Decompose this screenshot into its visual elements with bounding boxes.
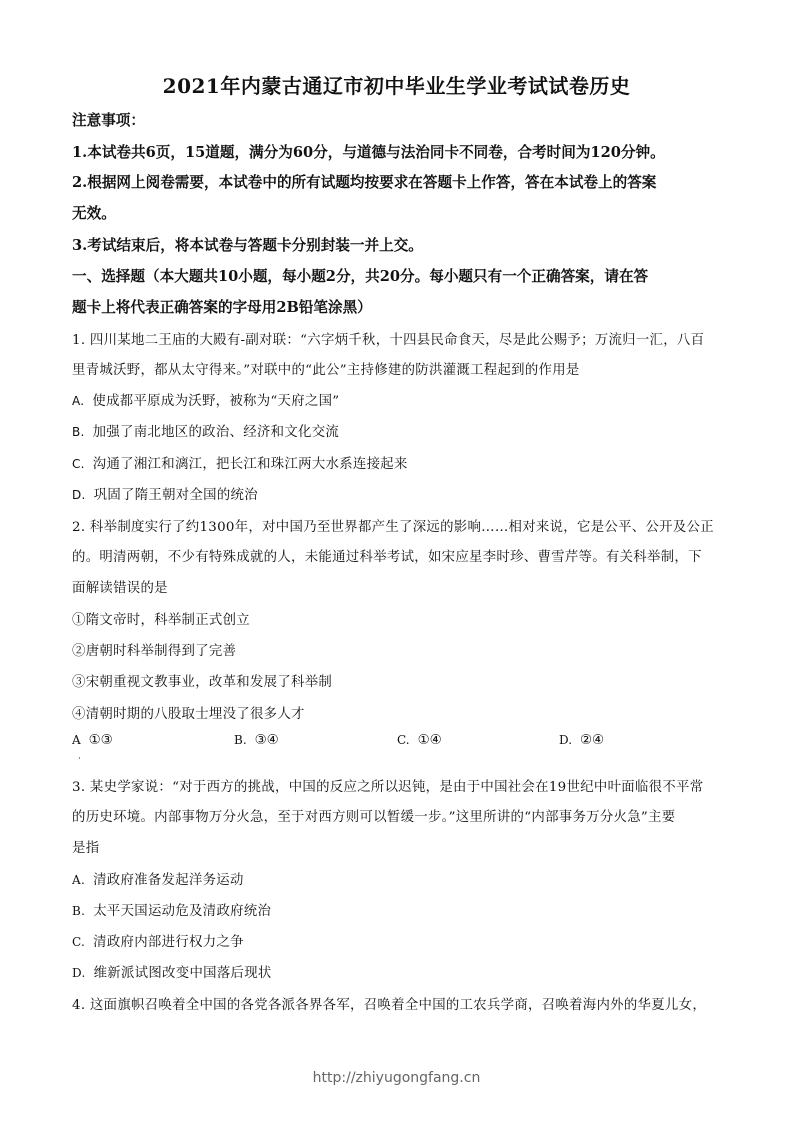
option-text: ②④ <box>580 733 604 748</box>
question-3-line3: 是指 <box>72 837 99 856</box>
question-1-option-a: A.使成都平原成为沃野，被称为“天府之国” <box>72 390 339 409</box>
question-2-statement-1: ①隋文帝时，科举制正式创立 <box>72 609 250 628</box>
question-2-line2: 的。明清两朝，不少有特殊成就的人，未能通过科举考试，如宋应星李时珍、曹雪芹等。有… <box>72 546 702 565</box>
option-text: 加强了南北地区的政治、经济和文化交流 <box>93 425 339 440</box>
question-3-option-c: C.清政府内部进行权力之争 <box>72 931 244 950</box>
option-label: C. <box>72 457 85 471</box>
option-text: ③④ <box>255 733 279 748</box>
notice-item-3: 3.考试结束后，将本试卷与答题卡分别封装一并上交。 <box>72 234 423 255</box>
question-3-option-b: B.太平天国运动危及清政府统治 <box>72 900 271 919</box>
option-text: 巩固了隋王朝对全国的统治 <box>94 488 258 503</box>
notice-item-1: 1.本试卷共6页，15道题，满分为60分，与道德与法治同卡不同卷，合考时间为12… <box>72 141 665 162</box>
option-text: ①④ <box>418 733 442 748</box>
scan-artifact <box>79 757 80 759</box>
option-label: B. <box>72 904 85 918</box>
option-text: 清政府内部进行权力之争 <box>93 935 244 950</box>
option-text: 沟通了湘江和漓江，把长江和珠江两大水系连接起来 <box>93 457 408 472</box>
page-title: 2021年内蒙古通辽市初中毕业生学业考试试卷历史 <box>0 70 793 99</box>
question-3-option-a: A.清政府准备发起洋务运动 <box>72 869 244 888</box>
question-2-option-a: A①③ <box>72 733 113 748</box>
question-3-option-d: D.维新派试图改变中国落后现状 <box>72 962 272 981</box>
option-label: C. <box>397 733 410 747</box>
question-1-option-d: D.巩固了隋王朝对全国的统治 <box>72 484 258 503</box>
question-4-line1: 4. 这面旗帜召唤着全中国的各党各派各界各军，召唤着全中国的工农兵学商，召唤着海… <box>72 994 706 1013</box>
question-1-option-b: B.加强了南北地区的政治、经济和文化交流 <box>72 421 339 440</box>
option-label: C. <box>72 935 85 949</box>
option-label: A. <box>72 394 84 408</box>
section-heading-line1: 一、选择题（本大题共10小题，每小题2分，共20分。每小题只有一个正确答案，请在… <box>72 265 648 286</box>
option-text: ①③ <box>89 733 113 748</box>
question-2-statement-2: ②唐朝时科举制得到了完善 <box>72 640 236 659</box>
question-2-line3: 面解读错误的是 <box>72 577 168 596</box>
section-heading-line2: 题卡上将代表正确答案的字母用2B铅笔涂黑） <box>72 296 372 317</box>
option-text: 维新派试图改变中国落后现状 <box>94 966 272 981</box>
option-label: B. <box>234 733 247 747</box>
question-2-line1: 2. 科举制度实行了约1300年，对中国乃至世界都产生了深远的影响……相对来说，… <box>72 516 714 535</box>
question-2-option-d: D.②④ <box>559 733 604 748</box>
question-2-statement-4: ④清朝时期的八股取士埋没了很多人才 <box>72 703 305 722</box>
question-2-option-b: B.③④ <box>234 733 279 748</box>
option-text: 太平天国运动危及清政府统治 <box>93 904 271 919</box>
option-label: A <box>72 733 81 747</box>
footer-url: http://zhiyugongfang.cn <box>0 1070 793 1086</box>
question-3-line2: 的历史环境。内部事物万分火急，至于对西方则可以暂缓一步。”这里所讲的“内部事务万… <box>72 806 675 825</box>
option-label: D. <box>72 966 86 980</box>
question-1-line1: 1. 四川某地二王庙的大殿有-副对联：“六字炳千秋，十四县民命食天，尽是此公赐予… <box>72 329 704 348</box>
option-label: D. <box>559 733 572 747</box>
question-2-option-c: C.①④ <box>397 733 442 748</box>
notice-item-2: 2.根据网上阅卷需要，本试卷中的所有试题均按要求在答题卡上作答，答在本试卷上的答… <box>72 171 656 192</box>
question-1-line2: 里青城沃野，都从太守得来。”对联中的“此公”主持修建的防洪灌溉工程起到的作用是 <box>72 359 580 378</box>
question-3-line1: 3. 某史学家说：“对于西方的挑战，中国的反应之所以迟钝，是由于中国社会在19世… <box>72 776 703 795</box>
option-label: A. <box>72 873 85 887</box>
notice-item-2-cont: 无效。 <box>72 202 116 223</box>
question-1-option-c: C.沟通了湘江和漓江，把长江和珠江两大水系连接起来 <box>72 453 408 472</box>
question-2-statement-3: ③宋朝重视文教事业，改革和发展了科举制 <box>72 671 332 690</box>
option-text: 清政府准备发起洋务运动 <box>93 873 244 888</box>
option-label: D. <box>72 488 86 502</box>
notice-heading: 注意事项： <box>72 109 145 130</box>
option-text: 使成都平原成为沃野，被称为“天府之国” <box>92 394 339 409</box>
option-label: B. <box>72 425 85 439</box>
exam-page: 2021年内蒙古通辽市初中毕业生学业考试试卷历史 注意事项： 1.本试卷共6页，… <box>0 0 793 1122</box>
